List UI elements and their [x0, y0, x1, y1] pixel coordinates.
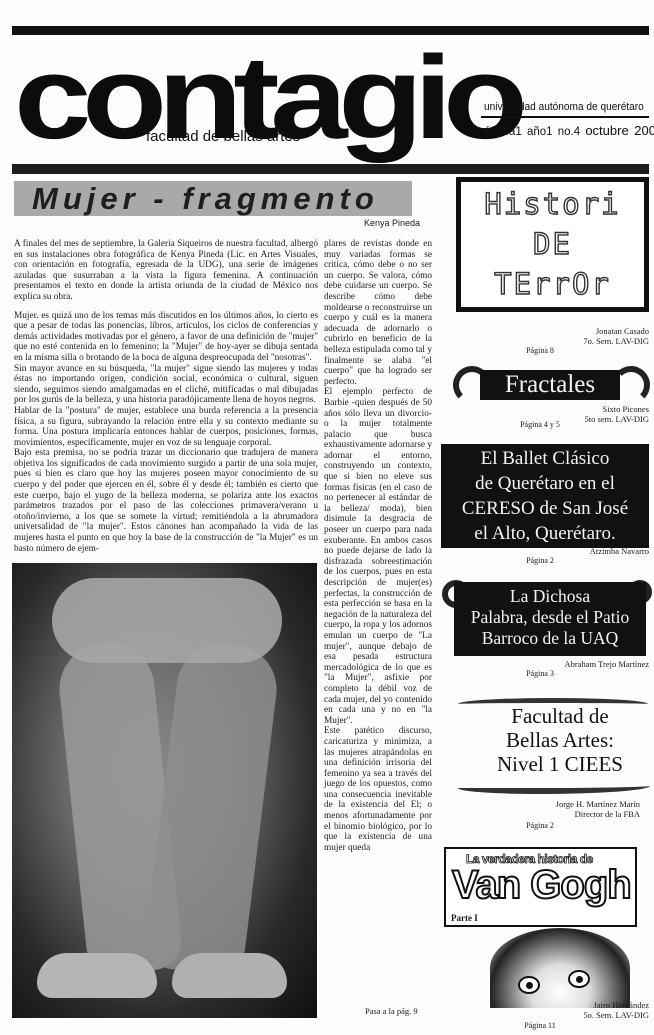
- eye-icon: [568, 970, 590, 988]
- teaser-credit: Abraham Trejo Martínez: [540, 659, 649, 669]
- teaser-van-gogh[interactable]: La verdadera historia de Van Gogh Parte …: [444, 847, 637, 927]
- photo-foot-left: [37, 953, 157, 998]
- teaser-ballet-cereso[interactable]: El Ballet Clásico de Querétaro en el CER…: [441, 444, 649, 548]
- teaser-page-ref[interactable]: Página 8: [510, 346, 570, 355]
- teaser-credit: Jairo Hernández 5o. Sem. LAV-DIG: [545, 1000, 649, 1020]
- article-photo: [12, 563, 317, 1018]
- credit-name: Jonatan Casado: [540, 326, 649, 336]
- credit-role: 5to sem. LAV-DIG: [560, 414, 649, 424]
- credit-name: Jairo Hernández: [545, 1000, 649, 1010]
- teaser-page-ref[interactable]: Página 2: [510, 821, 570, 830]
- teaser-historia-de-terror[interactable]: HistoriDETErrOr: [456, 177, 649, 312]
- teaser-page-ref[interactable]: Página 3: [510, 669, 570, 678]
- continued-link[interactable]: Pasa a la pág. 9: [365, 1006, 418, 1016]
- credit-role: Director de la FBA: [540, 809, 640, 819]
- masthead-bottom-rule: [12, 164, 649, 174]
- teaser-credit: Jorge H. Martínez Marín Director de la F…: [540, 799, 640, 819]
- issue-anio: año1: [527, 126, 553, 138]
- teaser-fba-ciees[interactable]: Facultad de Bellas Artes: Nivel 1 CIEES: [470, 704, 650, 776]
- teaser-page-ref[interactable]: Página 11: [510, 1021, 570, 1030]
- teaser-fractales[interactable]: Fractales: [480, 370, 620, 400]
- issue-info: época1 año1 no.4 octubre 2006: [484, 123, 654, 138]
- teaser-title-line: Bellas Artes:: [470, 728, 650, 752]
- masthead-faculty: facultad de bellas artes: [146, 128, 300, 145]
- teaser-title: Van Gogh: [452, 862, 631, 908]
- teaser-title-line: El Ballet Clásico: [441, 446, 649, 471]
- article-column-1: A finales del mes de septiembre, la Gale…: [14, 239, 318, 554]
- article-paragraph: Este patético discurso, caricaturiza y m…: [324, 726, 432, 853]
- masthead-university: universidad autónoma de querétaro: [484, 101, 644, 113]
- teaser-title-line: La Dichosa: [454, 586, 646, 607]
- article-paragraph: plares de revistas donde en muy variadas…: [324, 239, 432, 387]
- teaser-part: Parte I: [451, 913, 478, 923]
- article-paragraph: A finales del mes de septiembre, la Gale…: [14, 239, 318, 303]
- credit-name: Jorge H. Martínez Marín: [540, 799, 640, 809]
- teaser-page-ref[interactable]: Página 4 y 5: [510, 420, 570, 429]
- teaser-credit: Sixto Picones 5to sem. LAV-DIG: [560, 404, 649, 424]
- teaser-title-line: el Alto, Querétaro.: [441, 521, 649, 546]
- issue-epoca: época1: [484, 126, 522, 138]
- teaser-page-ref[interactable]: Página 2: [510, 556, 570, 565]
- article-paragraph: Mujer. es quizá uno de los temas más dis…: [14, 311, 318, 364]
- teaser-credit: Jonatan Casado 7o. Sem. LAV-DIG: [540, 326, 649, 346]
- teaser-title-line: Facultad de: [470, 704, 650, 728]
- teaser-title-line: CERESO de San José: [441, 496, 649, 521]
- article-author: Kenya Pineda: [364, 218, 420, 228]
- van-gogh-face-illustration: [490, 928, 630, 1008]
- photo-arms: [52, 578, 282, 663]
- teaser-title-line: Barroco de la UAQ: [454, 628, 646, 649]
- article-headline: Mujer - fragmento: [32, 181, 379, 216]
- article-paragraph: Sin mayor avance en su búsqueda, "la muj…: [14, 364, 318, 406]
- credit-name: Abraham Trejo Martínez: [540, 659, 649, 669]
- eye-icon: [518, 976, 540, 994]
- teaser-title-line: Nivel 1 CIEES: [470, 752, 650, 776]
- photo-foot-right: [172, 953, 287, 998]
- article-paragraph: Bajo esta premisa, no se podría trazar u…: [14, 448, 318, 554]
- article-paragraph: Hablar de la "postura" de mujer, estable…: [14, 406, 318, 448]
- issue-number: no.4: [558, 126, 580, 138]
- photo-leg-right: [142, 638, 281, 978]
- teaser-title: HistoriDETErrOr: [461, 184, 644, 304]
- issue-date: octubre 2006: [585, 123, 654, 138]
- brush-stroke-decoration: [458, 780, 650, 794]
- teaser-dichosa-palabra[interactable]: La Dichosa Palabra, desde el Patio Barro…: [454, 582, 646, 656]
- article-column-2: plares de revistas donde en muy variadas…: [324, 239, 432, 853]
- article-paragraph: El ejemplo perfecto de Barbie -quien des…: [324, 387, 432, 726]
- credit-role: 7o. Sem. LAV-DIG: [540, 336, 649, 346]
- credit-name: Atzimba Navarro: [560, 546, 649, 556]
- teaser-title-line: Palabra, desde el Patio: [454, 607, 646, 628]
- masthead-university-rule: [481, 116, 649, 118]
- credit-name: Sixto Picones: [560, 404, 649, 414]
- teaser-title-line: de Querétaro en el: [441, 471, 649, 496]
- teaser-credit: Atzimba Navarro: [560, 546, 649, 556]
- credit-role: 5o. Sem. LAV-DIG: [545, 1010, 649, 1020]
